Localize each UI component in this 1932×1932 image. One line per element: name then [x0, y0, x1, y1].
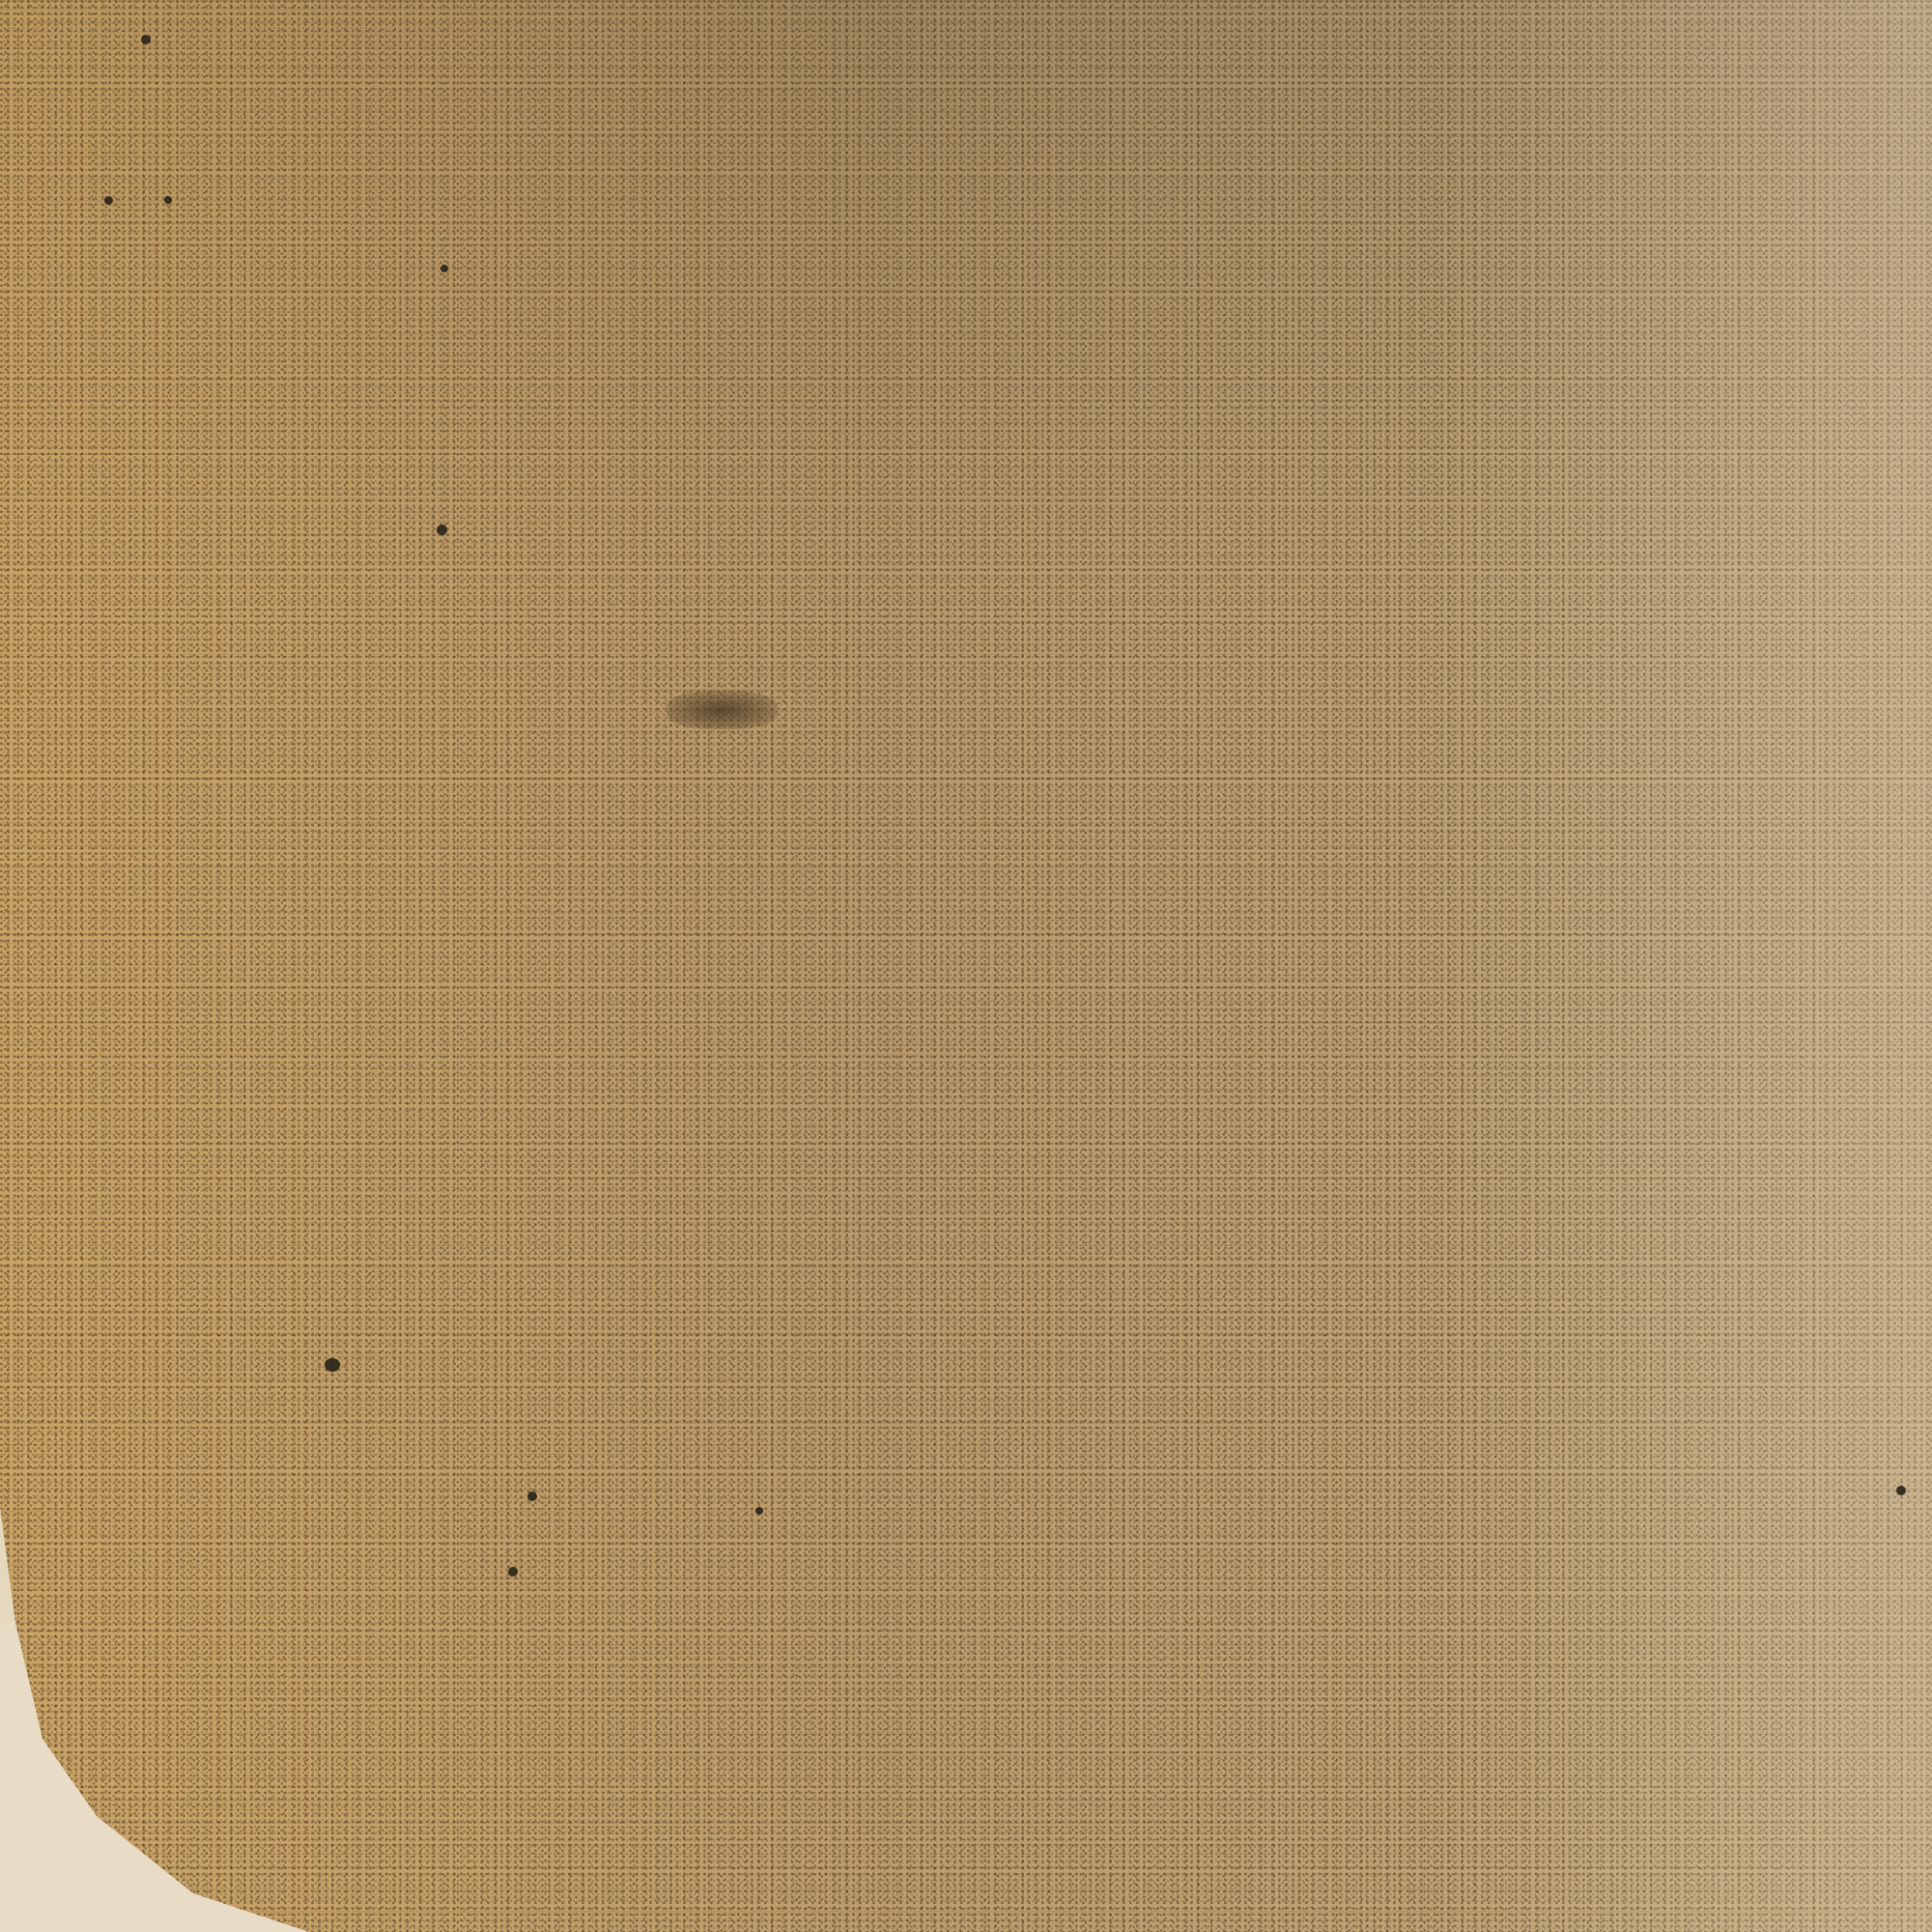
pigment-speck [440, 265, 448, 272]
pigment-speck [104, 196, 113, 205]
pigment-speck [325, 1358, 340, 1372]
pigment-speck [1896, 1486, 1906, 1495]
pigment-speck [508, 1567, 518, 1577]
paint-swatch [0, 0, 1932, 1932]
light-wash-right [1449, 0, 1932, 1932]
pigment-speck [527, 1492, 537, 1501]
pigment-speck [437, 525, 447, 535]
pigment-speck [164, 196, 172, 204]
pigment-speck [141, 35, 151, 44]
pigment-speck [755, 1507, 763, 1515]
dark-pigment-smudge [667, 691, 778, 729]
texture-canvas [0, 0, 1932, 1932]
